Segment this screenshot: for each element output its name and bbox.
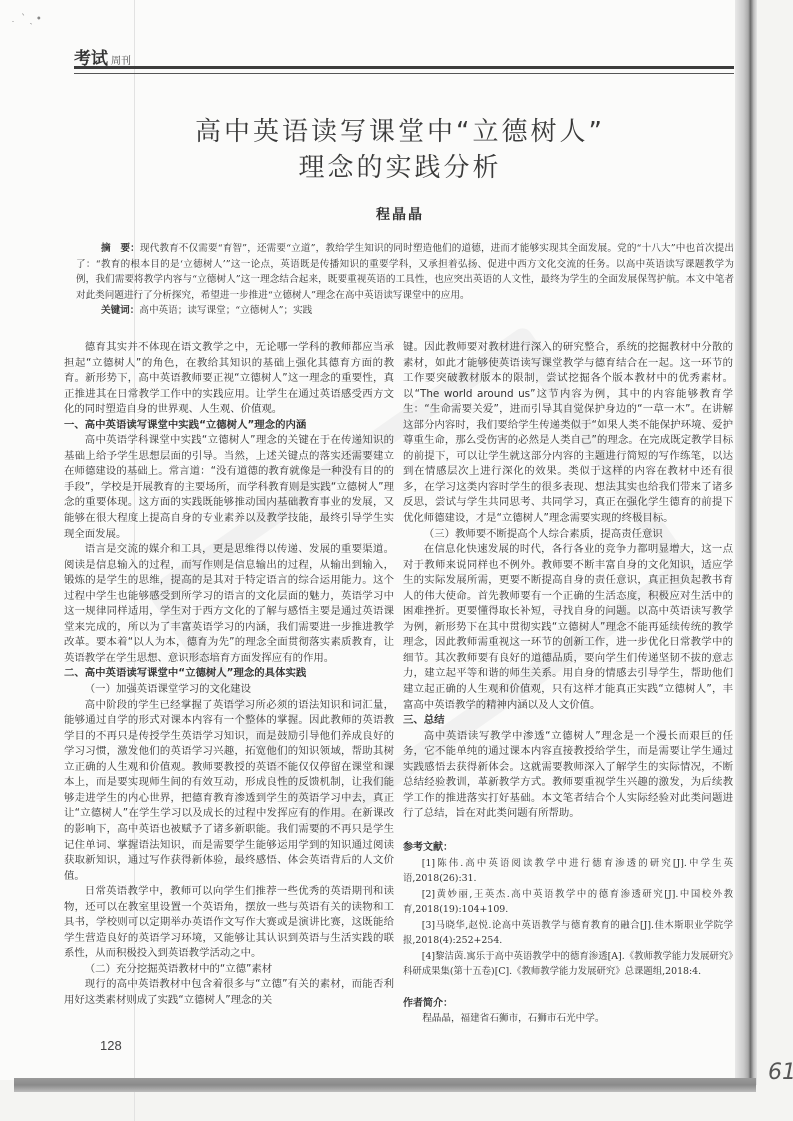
section-1-heading: 一、高中英语读写课堂中实践“立德树人”理念的内涵 [64, 418, 394, 434]
subsection-1-heading: （一）加强英语课堂学习的文化建设 [64, 682, 394, 698]
author-bio: 程晶晶，福建省石狮市，石狮市石光中学。 [403, 1011, 733, 1027]
abstract-label: 摘 要： [101, 243, 140, 254]
title-line-1: 高中英语读写课堂中“立德树人” [80, 114, 720, 150]
subsection-2-paragraph-start: 现行的高中英语教材中包含着很多与“立德”有关的素材，而能否利用好这类素材则成了实… [64, 977, 394, 1008]
header-double-rule [74, 66, 734, 74]
keywords-text: 高中英语；读写课堂；“立德树人”；实践 [139, 305, 312, 316]
reference-item: [4]黎洁茵.寓乐于高中英语教学中的德育渗透[A].《教师教学能力发展研究》科研… [403, 949, 733, 980]
abstract-block: 摘 要：现代教育不仅需要“育智”，还需要“立道”，教给学生知识的同时塑造他们的道… [76, 241, 734, 319]
subsection-2-paragraph-continued: 键。因此教师要对教材进行深入的研究整合，系统的挖掘教材中分散的素材，如此才能够使… [403, 340, 733, 527]
reference-item: [3]马晓华,赵悦.论高中英语教学与德育教育的融合[J].佳木斯职业学院学报,2… [403, 918, 733, 949]
binding-shadow [735, 0, 757, 1085]
article-author: 程晶晶 [80, 204, 720, 224]
page-number: 128 [100, 1038, 122, 1053]
conclusion-paragraph: 高中英语读写教学中渗透“立德树人”理念是一个漫长而艰巨的任务，它不能单纯的通过课… [403, 729, 733, 822]
subsection-2-heading: （二）充分挖掘英语教材中的“立德”素材 [64, 962, 394, 978]
keywords: 关键词：高中英语；读写课堂；“立德树人”；实践 [76, 303, 734, 319]
section-1-paragraph-1: 高中英语学科课堂中实践“立德树人”理念的关键在于在传递知识的基础上给予学生思想层… [64, 433, 394, 542]
handwritten-mark: 61 [768, 1060, 793, 1085]
keywords-label: 关键词： [101, 305, 139, 316]
bottom-edge-shadow [14, 1078, 756, 1092]
scan-smudge-marks: ﹒ ˋ ˎ • [8, 10, 42, 25]
subsection-3-paragraph: 在信息化快速发展的时代，各行各业的竞争力都明显增大，这一点对于教师来说同样也不例… [403, 542, 733, 713]
section-2-heading: 二、高中英语读写课堂中“立德树人”理念的具体实践 [64, 666, 394, 682]
reference-item: [1]陈伟.高中英语阅读教学中进行德育渗透的研究[J].中学生英语,2018(2… [403, 856, 733, 887]
title-line-2: 理念的实践分析 [80, 150, 720, 186]
subsection-3-heading: （三）教师要不断提高个人综合素质，提高责任意识 [403, 527, 733, 543]
intro-paragraph: 德育其实并不体现在语文教学之中，无论哪一学科的教师都应当承担起“立德树人”的角色… [64, 340, 394, 418]
references-title: 参考文献： [403, 840, 733, 856]
author-bio-title: 作者简介： [403, 996, 733, 1012]
section-3-heading: 三、总结 [403, 713, 733, 729]
section-1-paragraph-2: 语言是交流的媒介和工具，更是思维得以传递、发展的重要渠道。阅读是信息输入的过程，… [64, 542, 394, 666]
body-column-left: 德育其实并不体现在语文教学之中，无论哪一学科的教师都应当承担起“立德树人”的角色… [64, 340, 394, 1009]
article-title: 高中英语读写课堂中“立德树人” 理念的实践分析 [80, 114, 720, 186]
subsection-1-paragraph-2: 日常英语教学中，教师可以向学生们推荐一些优秀的英语期刊和读物，还可以在教室里设置… [64, 884, 394, 962]
subsection-1-paragraph-1: 高中阶段的学生已经掌握了英语学习所必须的语法知识和词汇量，能够通过自学的形式对课… [64, 698, 394, 885]
body-column-right: 键。因此教师要对教材进行深入的研究整合，系统的挖掘教材中分散的素材，如此才能够使… [403, 340, 733, 1027]
abstract: 摘 要：现代教育不仅需要“育智”，还需要“立道”，教给学生知识的同时塑造他们的道… [76, 241, 734, 303]
abstract-text: 现代教育不仅需要“育智”，还需要“立道”，教给学生知识的同时塑造他们的道德，进而… [76, 243, 734, 301]
reference-item: [2]黄妙丽,王英杰.高中英语教学中的德育渗透研究[J].中国校外教育,2018… [403, 887, 733, 918]
